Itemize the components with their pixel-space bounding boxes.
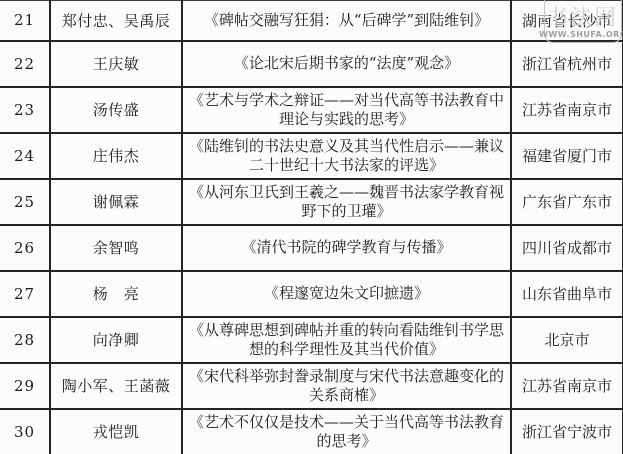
- author-names: 戎恺凯: [50, 409, 182, 454]
- table-row: 23 汤传盛 《艺术与学术之辩证——对当代高等书法教育中理论与实践的思考》 江苏…: [0, 87, 623, 133]
- entry-number: 30: [0, 409, 50, 454]
- paper-title: 《艺术不仅仅是技术——关于当代高等书法教育的思考》: [182, 409, 511, 454]
- entry-number: 26: [0, 225, 50, 271]
- author-location: 江苏省南京市: [511, 363, 623, 409]
- paper-title: 《程邃宽边朱文印摭遗》: [182, 271, 511, 317]
- table-row: 25 谢佩霖 《从河东卫氏到王羲之——魏晋书法家学教育视野下的卫瓘》 广东省广东…: [0, 179, 623, 225]
- entry-number: 28: [0, 317, 50, 363]
- paper-title: 《清代书院的碑学教育与传播》: [182, 225, 511, 271]
- entry-number: 27: [0, 271, 50, 317]
- author-names: 向净卿: [50, 317, 182, 363]
- table-row: 27 杨 亮 《程邃宽边朱文印摭遗》 山东省曲阜市: [0, 271, 623, 317]
- author-names: 汤传盛: [50, 87, 182, 133]
- entry-number: 24: [0, 133, 50, 179]
- author-location: 广东省广东市: [511, 179, 623, 225]
- entry-number: 25: [0, 179, 50, 225]
- entry-number: 22: [0, 41, 50, 87]
- entry-number: 21: [0, 1, 50, 41]
- author-location: 山东省曲阜市: [511, 271, 623, 317]
- author-location: 四川省成都市: [511, 225, 623, 271]
- table-body: 21 郑付忠、吴禹辰 《碑帖交融写狂狷：从“后碑学”到陆维钊》 湖南省长沙市 2…: [0, 1, 623, 454]
- author-names: 余智鸣: [50, 225, 182, 271]
- paper-list-page: 21 郑付忠、吴禹辰 《碑帖交融写狂狷：从“后碑学”到陆维钊》 湖南省长沙市 2…: [0, 0, 623, 454]
- author-names: 谢佩霖: [50, 179, 182, 225]
- author-names: 郑付忠、吴禹辰: [50, 1, 182, 41]
- table-row: 30 戎恺凯 《艺术不仅仅是技术——关于当代高等书法教育的思考》 浙江省宁波市: [0, 409, 623, 454]
- entry-number: 29: [0, 363, 50, 409]
- paper-title: 《从尊碑思想到碑帖并重的转向看陆维钊书学思想的科学理性及其当代价值》: [182, 317, 511, 363]
- paper-title: 《艺术与学术之辩证——对当代高等书法教育中理论与实践的思考》: [182, 87, 511, 133]
- author-location: 福建省厦门市: [511, 133, 623, 179]
- paper-title: 《碑帖交融写狂狷：从“后碑学”到陆维钊》: [182, 1, 511, 41]
- paper-title: 《从河东卫氏到王羲之——魏晋书法家学教育视野下的卫瓘》: [182, 179, 511, 225]
- table-row: 24 庄伟杰 《陆维钊的书法史意义及其当代性启示——兼议二十世纪十大书法家的评选…: [0, 133, 623, 179]
- table-row: 26 余智鸣 《清代书院的碑学教育与传播》 四川省成都市: [0, 225, 623, 271]
- paper-title: 《宋代科举弥封誊录制度与宋代书法意趣变化的关系商榷》: [182, 363, 511, 409]
- author-names: 陶小军、王菡薇: [50, 363, 182, 409]
- table-row: 29 陶小军、王菡薇 《宋代科举弥封誊录制度与宋代书法意趣变化的关系商榷》 江苏…: [0, 363, 623, 409]
- author-names: 庄伟杰: [50, 133, 182, 179]
- paper-title: 《陆维钊的书法史意义及其当代性启示——兼议二十世纪十大书法家的评选》: [182, 133, 511, 179]
- author-location: 北京市: [511, 317, 623, 363]
- entry-number: 23: [0, 87, 50, 133]
- papers-table: 21 郑付忠、吴禹辰 《碑帖交融写狂狷：从“后碑学”到陆维钊》 湖南省长沙市 2…: [0, 0, 623, 454]
- paper-title: 《论北宋后期书家的“法度”观念》: [182, 41, 511, 87]
- author-location: 江苏省南京市: [511, 87, 623, 133]
- table-row: 21 郑付忠、吴禹辰 《碑帖交融写狂狷：从“后碑学”到陆维钊》 湖南省长沙市: [0, 1, 623, 41]
- author-location: 浙江省宁波市: [511, 409, 623, 454]
- author-location: 浙江省杭州市: [511, 41, 623, 87]
- table-row: 22 王庆敏 《论北宋后期书家的“法度”观念》 浙江省杭州市: [0, 41, 623, 87]
- author-names: 王庆敏: [50, 41, 182, 87]
- author-names: 杨 亮: [50, 271, 182, 317]
- table-row: 28 向净卿 《从尊碑思想到碑帖并重的转向看陆维钊书学思想的科学理性及其当代价值…: [0, 317, 623, 363]
- author-location: 湖南省长沙市: [511, 1, 623, 41]
